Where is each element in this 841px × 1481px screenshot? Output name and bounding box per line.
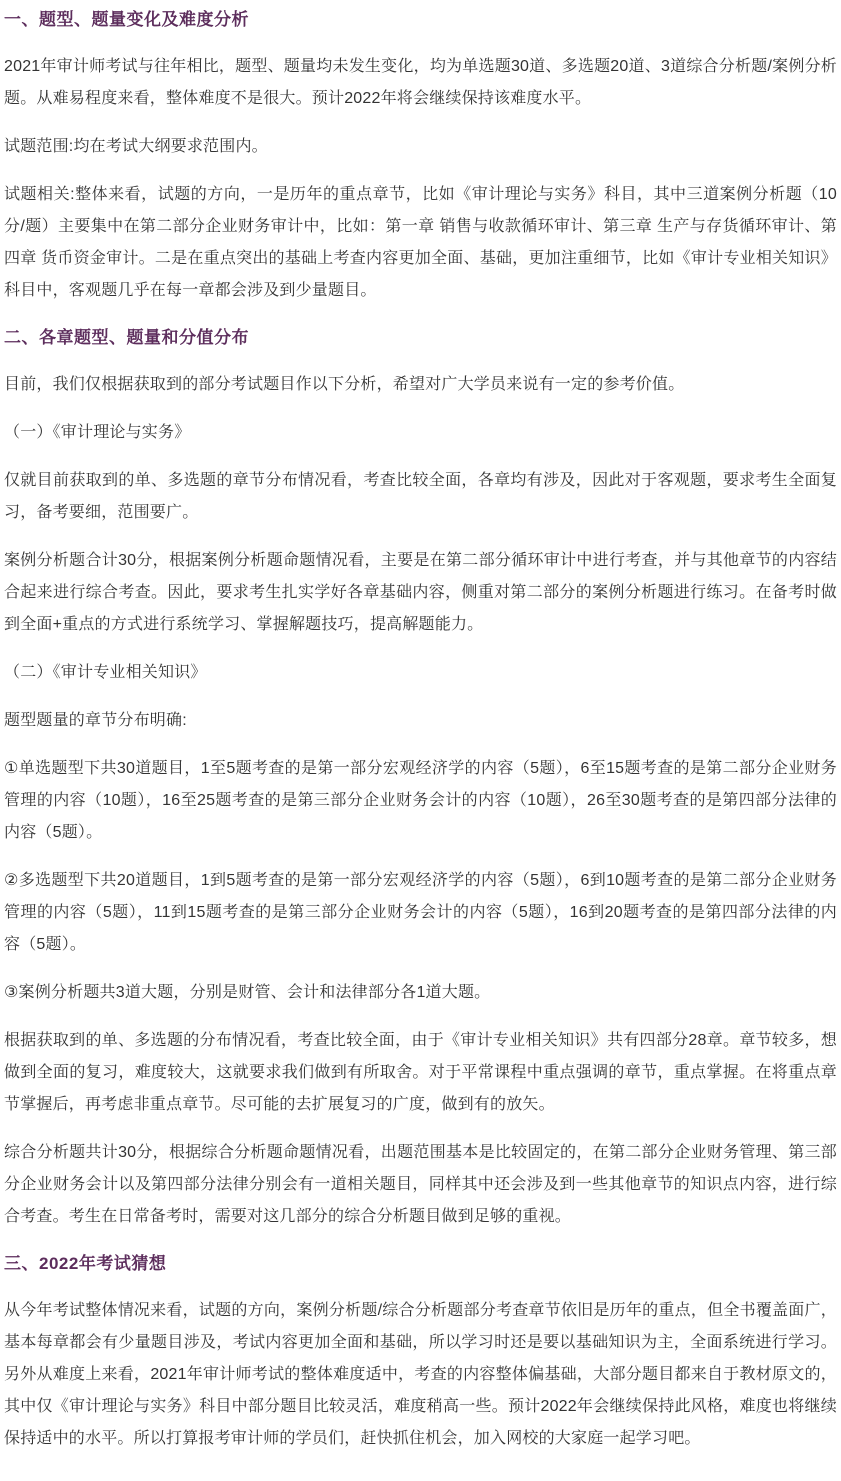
paragraph-comprehensive-analysis: 综合分析题共计30分，根据综合分析题命题情况看，出题范围基本是比较固定的，在第二… [4, 1137, 837, 1233]
section-heading-question-types: 一、题型、题量变化及难度分析 [4, 7, 837, 33]
paragraph-multiple-choice: ②多选题型下共20道题目，1到5题考查的是第一部分宏观经济学的内容（5题），6到… [4, 865, 837, 961]
paragraph-single-choice: ①单选题型下共30道题目，1至5题考查的是第一部分宏观经济学的内容（5题），6至… [4, 753, 837, 849]
subheading-audit-theory-practice: （一）《审计理论与实务》 [4, 417, 837, 449]
subheading-audit-related-knowledge: （二）《审计专业相关知识》 [4, 657, 837, 689]
paragraph-analysis-intro: 目前，我们仅根据获取到的部分考试题目作以下分析，希望对广大学员来说有一定的参考价… [4, 369, 837, 401]
paragraph-case-analysis-30pts: 案例分析题合计30分，根据案例分析题命题情况看，主要是在第二部分循环审计中进行考… [4, 545, 837, 641]
paragraph-2022-outlook: 从今年考试整体情况来看，试题的方向，案例分析题/综合分析题部分考查章节依旧是历年… [4, 1295, 837, 1455]
paragraph-objective-questions: 仅就目前获取到的单、多选题的章节分布情况看，考查比较全面，各章均有涉及，因此对于… [4, 465, 837, 529]
section-heading-score-distribution: 二、各章题型、题量和分值分布 [4, 325, 837, 351]
paragraph-review-strategy: 根据获取到的单、多选题的分布情况看，考查比较全面，由于《审计专业相关知识》共有四… [4, 1025, 837, 1121]
paragraph-case-analysis-count: ③案例分析题共3道大题，分别是财管、会计和法律部分各1道大题。 [4, 977, 837, 1009]
article-body: 一、题型、题量变化及难度分析 2021年审计师考试与往年相比，题型、题量均未发生… [0, 0, 841, 1481]
section-heading-2022-prediction: 三、2022年考试猜想 [4, 1251, 837, 1277]
paragraph-exam-scope: 试题范围:均在考试大纲要求范围内。 [4, 131, 837, 163]
paragraph-overview-2021: 2021年审计师考试与往年相比，题型、题量均未发生变化，均为单选题30道、多选题… [4, 51, 837, 115]
paragraph-chapter-distribution: 题型题量的章节分布明确: [4, 705, 837, 737]
paragraph-exam-related: 试题相关:整体来看，试题的方向，一是历年的重点章节，比如《审计理论与实务》科目，… [4, 179, 837, 307]
